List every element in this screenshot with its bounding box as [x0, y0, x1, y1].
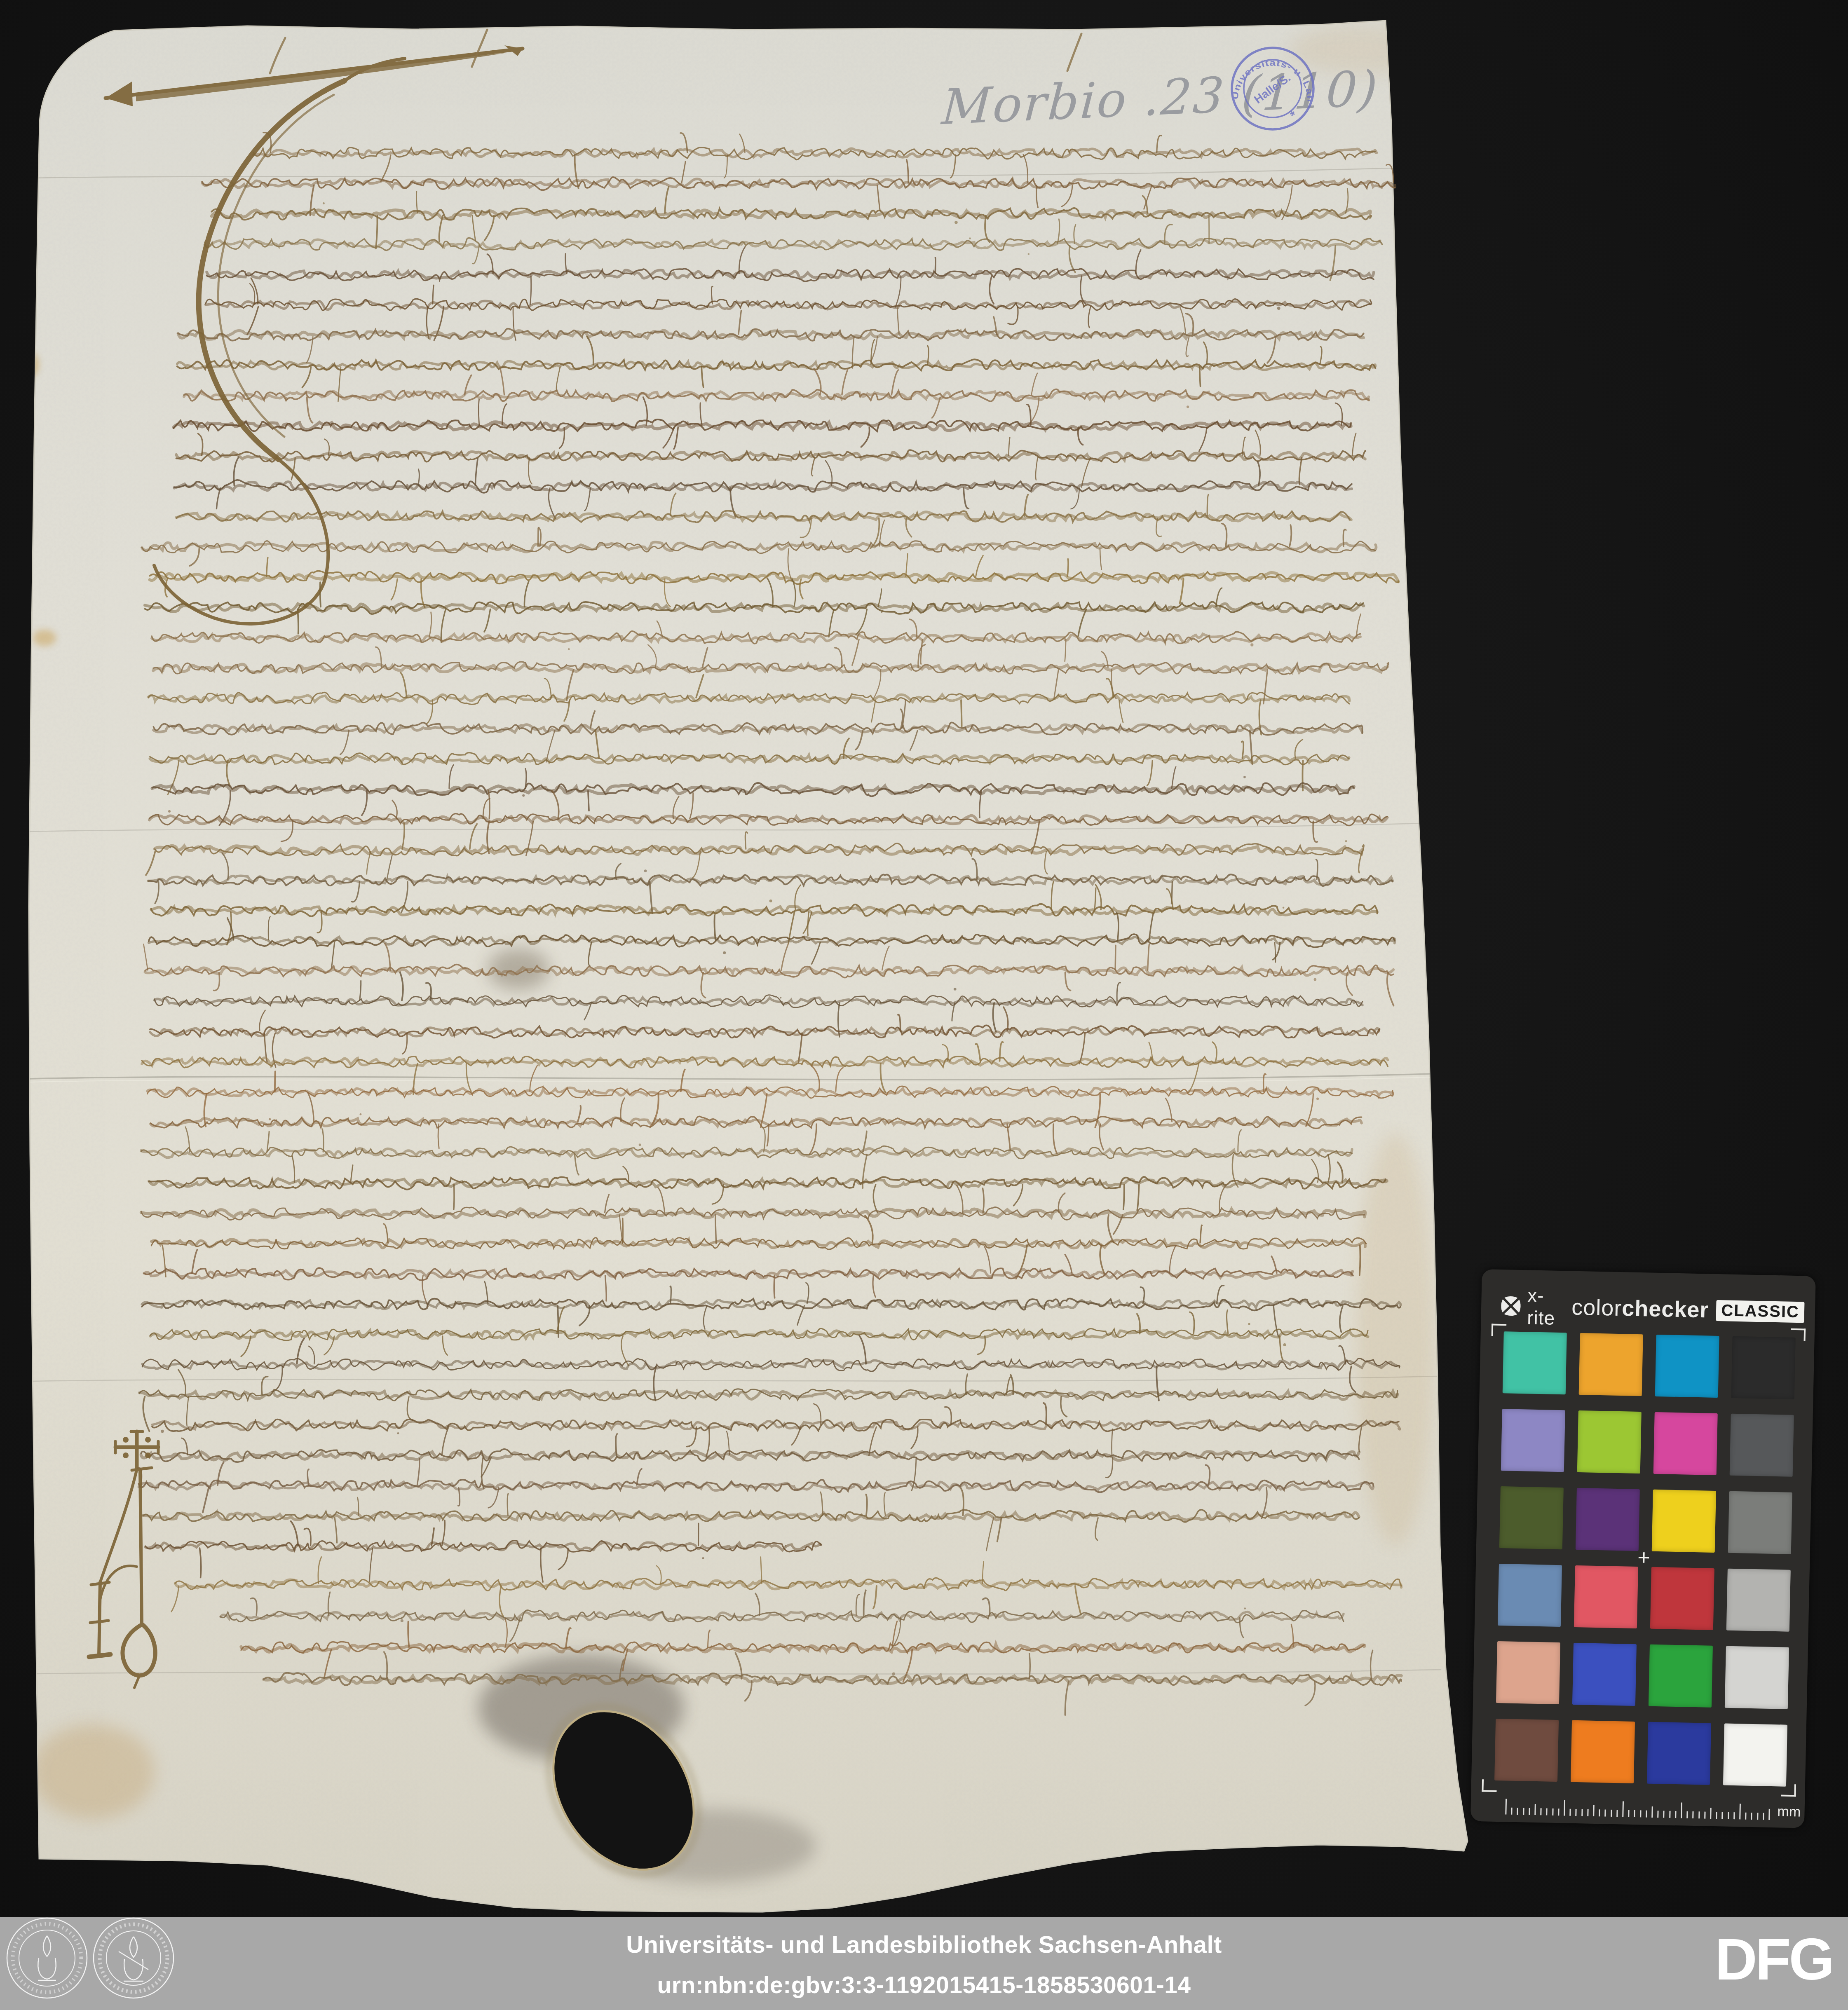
colorchecker-title-regular: color	[1571, 1295, 1622, 1321]
color-patch-r2c2	[1577, 1410, 1642, 1474]
footer-institution: Universitäts- und Landesbibliothek Sachs…	[626, 1931, 1222, 1958]
classic-badge: CLASSIC	[1716, 1300, 1805, 1322]
footer-urn: urn:nbn:de:gbv:3:3-1192015415-1858530601…	[626, 1972, 1222, 1999]
ruler-tick	[1710, 1808, 1712, 1819]
color-patch-r1c1	[1503, 1331, 1567, 1394]
color-patch-r2c1	[1501, 1409, 1565, 1472]
ruler-tick	[1757, 1813, 1758, 1820]
ruler-tick	[1517, 1808, 1518, 1815]
dfg-logo: DFG	[1715, 1926, 1832, 1994]
ruler-tick	[1611, 1810, 1612, 1817]
ruler-tick	[1546, 1809, 1548, 1816]
ruler-tick	[1505, 1799, 1507, 1814]
ruler-tick	[1616, 1810, 1618, 1817]
ruler-tick	[1529, 1808, 1530, 1815]
ruler-tick	[1698, 1811, 1700, 1818]
color-patch-r4c4	[1726, 1569, 1791, 1632]
color-patch-r6c4	[1723, 1724, 1787, 1787]
xrite-brand: x-rite	[1500, 1284, 1572, 1330]
ruler-tick	[1763, 1813, 1764, 1820]
ruler-tick	[1569, 1809, 1571, 1816]
ruler-tick	[1622, 1801, 1624, 1817]
color-patch-r5c1	[1496, 1641, 1560, 1704]
seal-left-icon	[7, 1918, 87, 1998]
ruler-tick	[1640, 1810, 1641, 1817]
seal-right-icon	[94, 1918, 174, 1998]
stamp-center-text: Halle/S.	[1252, 71, 1293, 106]
color-patch-r1c4	[1731, 1336, 1796, 1399]
ruler-tick	[1634, 1810, 1635, 1817]
color-patch-r5c2	[1572, 1643, 1637, 1706]
ruler-tick	[1675, 1811, 1676, 1818]
color-patch-r5c3	[1649, 1645, 1713, 1708]
ruler-tick	[1768, 1809, 1770, 1820]
ruler-tick	[1599, 1809, 1600, 1816]
ruler-tick	[1564, 1800, 1565, 1816]
ruler-tick	[1657, 1811, 1658, 1818]
footer-bar: Universitäts- und Landesbibliothek Sachs…	[0, 1917, 1848, 2010]
ruler-tick	[1646, 1811, 1647, 1818]
color-patch-r3c2	[1576, 1488, 1640, 1551]
color-patch-r2c4	[1730, 1414, 1794, 1477]
colorchecker-card: x-rite colorchecker CLASSIC + mm	[1470, 1269, 1816, 1828]
ruler-tick	[1576, 1809, 1577, 1816]
ruler-tick	[1593, 1805, 1595, 1816]
ruler-tick	[1558, 1809, 1559, 1816]
registration-mark-bottom-left	[1482, 1779, 1497, 1792]
ruler-tick	[1745, 1813, 1746, 1820]
ruler-tick	[1534, 1804, 1536, 1815]
color-patch-r6c3	[1647, 1722, 1711, 1785]
university-seals	[2, 1912, 180, 2004]
mm-ruler-label: mm	[1777, 1804, 1801, 1820]
ruler-tick	[1716, 1812, 1717, 1819]
ruler-tick	[1751, 1813, 1752, 1820]
center-cross-mark: +	[1637, 1545, 1651, 1570]
xrite-brand-name: x-rite	[1527, 1284, 1572, 1329]
ruler-tick	[1663, 1811, 1665, 1818]
colorchecker-title: colorchecker	[1571, 1295, 1709, 1323]
ruler-tick	[1728, 1812, 1729, 1819]
color-patch-r2c3	[1653, 1412, 1718, 1475]
ruler-tick	[1681, 1802, 1682, 1818]
color-patch-r3c1	[1499, 1486, 1564, 1549]
color-patch-r6c1	[1494, 1719, 1559, 1782]
ruler-tick	[1587, 1809, 1588, 1816]
stamp-star: *	[1288, 108, 1299, 123]
color-patch-r4c3	[1650, 1567, 1714, 1630]
ruler-tick	[1739, 1804, 1741, 1819]
color-patch-r6c2	[1571, 1720, 1635, 1783]
ruler-tick	[1651, 1806, 1653, 1818]
colorchecker-title-bold: checker	[1622, 1296, 1709, 1322]
scan-stage: Morbio .23 (110) Universitäts- u. Landes…	[0, 0, 1848, 2010]
ruler-tick	[1628, 1810, 1629, 1817]
ruler-tick	[1523, 1808, 1524, 1815]
ruler-tick	[1693, 1811, 1694, 1818]
color-patch-r4c1	[1498, 1564, 1562, 1627]
ruler-tick	[1722, 1812, 1723, 1819]
ruler-tick	[1581, 1809, 1583, 1816]
color-patch-r5c4	[1725, 1646, 1789, 1709]
ruler-tick	[1669, 1811, 1670, 1818]
ruler-tick	[1605, 1810, 1606, 1817]
color-patch-r1c2	[1579, 1333, 1643, 1396]
ruler-tick	[1552, 1809, 1553, 1816]
color-patch-r4c2	[1574, 1565, 1638, 1628]
color-patch-r3c4	[1728, 1491, 1792, 1554]
ruler-tick	[1704, 1812, 1705, 1819]
xrite-logo-icon	[1500, 1295, 1522, 1317]
color-patch-r3c3	[1652, 1490, 1716, 1553]
ruler-tick	[1686, 1811, 1688, 1818]
colorchecker-header: x-rite colorchecker CLASSIC	[1500, 1289, 1805, 1328]
ruler-tick	[1540, 1808, 1541, 1815]
ruler-tick	[1733, 1812, 1735, 1819]
color-patch-r1c3	[1655, 1335, 1719, 1398]
library-stamp: Universitäts- u. Landesbibliothek * Hall…	[1229, 45, 1316, 132]
mm-ruler	[1505, 1798, 1774, 1822]
footer-text-block: Universitäts- und Landesbibliothek Sachs…	[626, 1917, 1222, 1999]
ruler-tick	[1511, 1808, 1512, 1815]
